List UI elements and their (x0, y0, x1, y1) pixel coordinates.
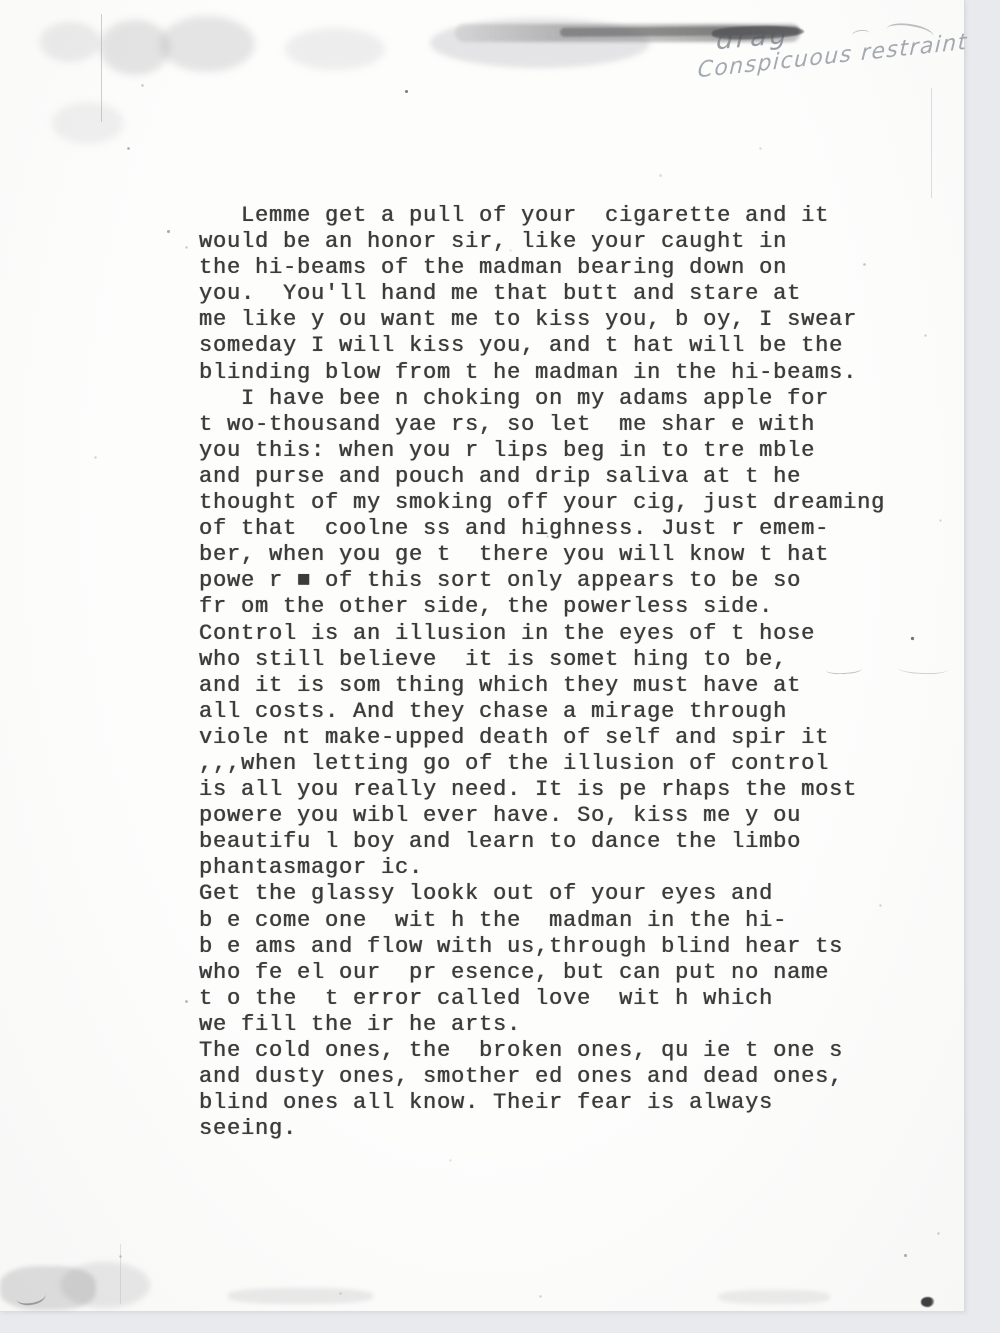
scan-line-artifact (931, 88, 932, 198)
smudge-band (228, 1288, 373, 1304)
smudge-band (0, 1266, 96, 1310)
scan-line-artifact (101, 14, 102, 122)
typewritten-text: Lemme get a pull of your cigarette and i… (199, 203, 885, 1142)
toner-specks (0, 0, 1, 1)
smudge-cloud (52, 102, 124, 144)
smudge-cloud (160, 16, 255, 72)
scan-line-artifact (120, 1244, 121, 1304)
margin-stray-mark (898, 661, 948, 675)
smudge-cloud (40, 22, 100, 62)
smudge-cloud (285, 28, 385, 70)
ink-blob-mark (921, 1297, 934, 1307)
smudge-band (718, 1290, 830, 1304)
pen-squiggle-mark (852, 29, 871, 40)
scanned-paper: drag Conspicuous restraint Lemme get a p… (0, 0, 965, 1312)
